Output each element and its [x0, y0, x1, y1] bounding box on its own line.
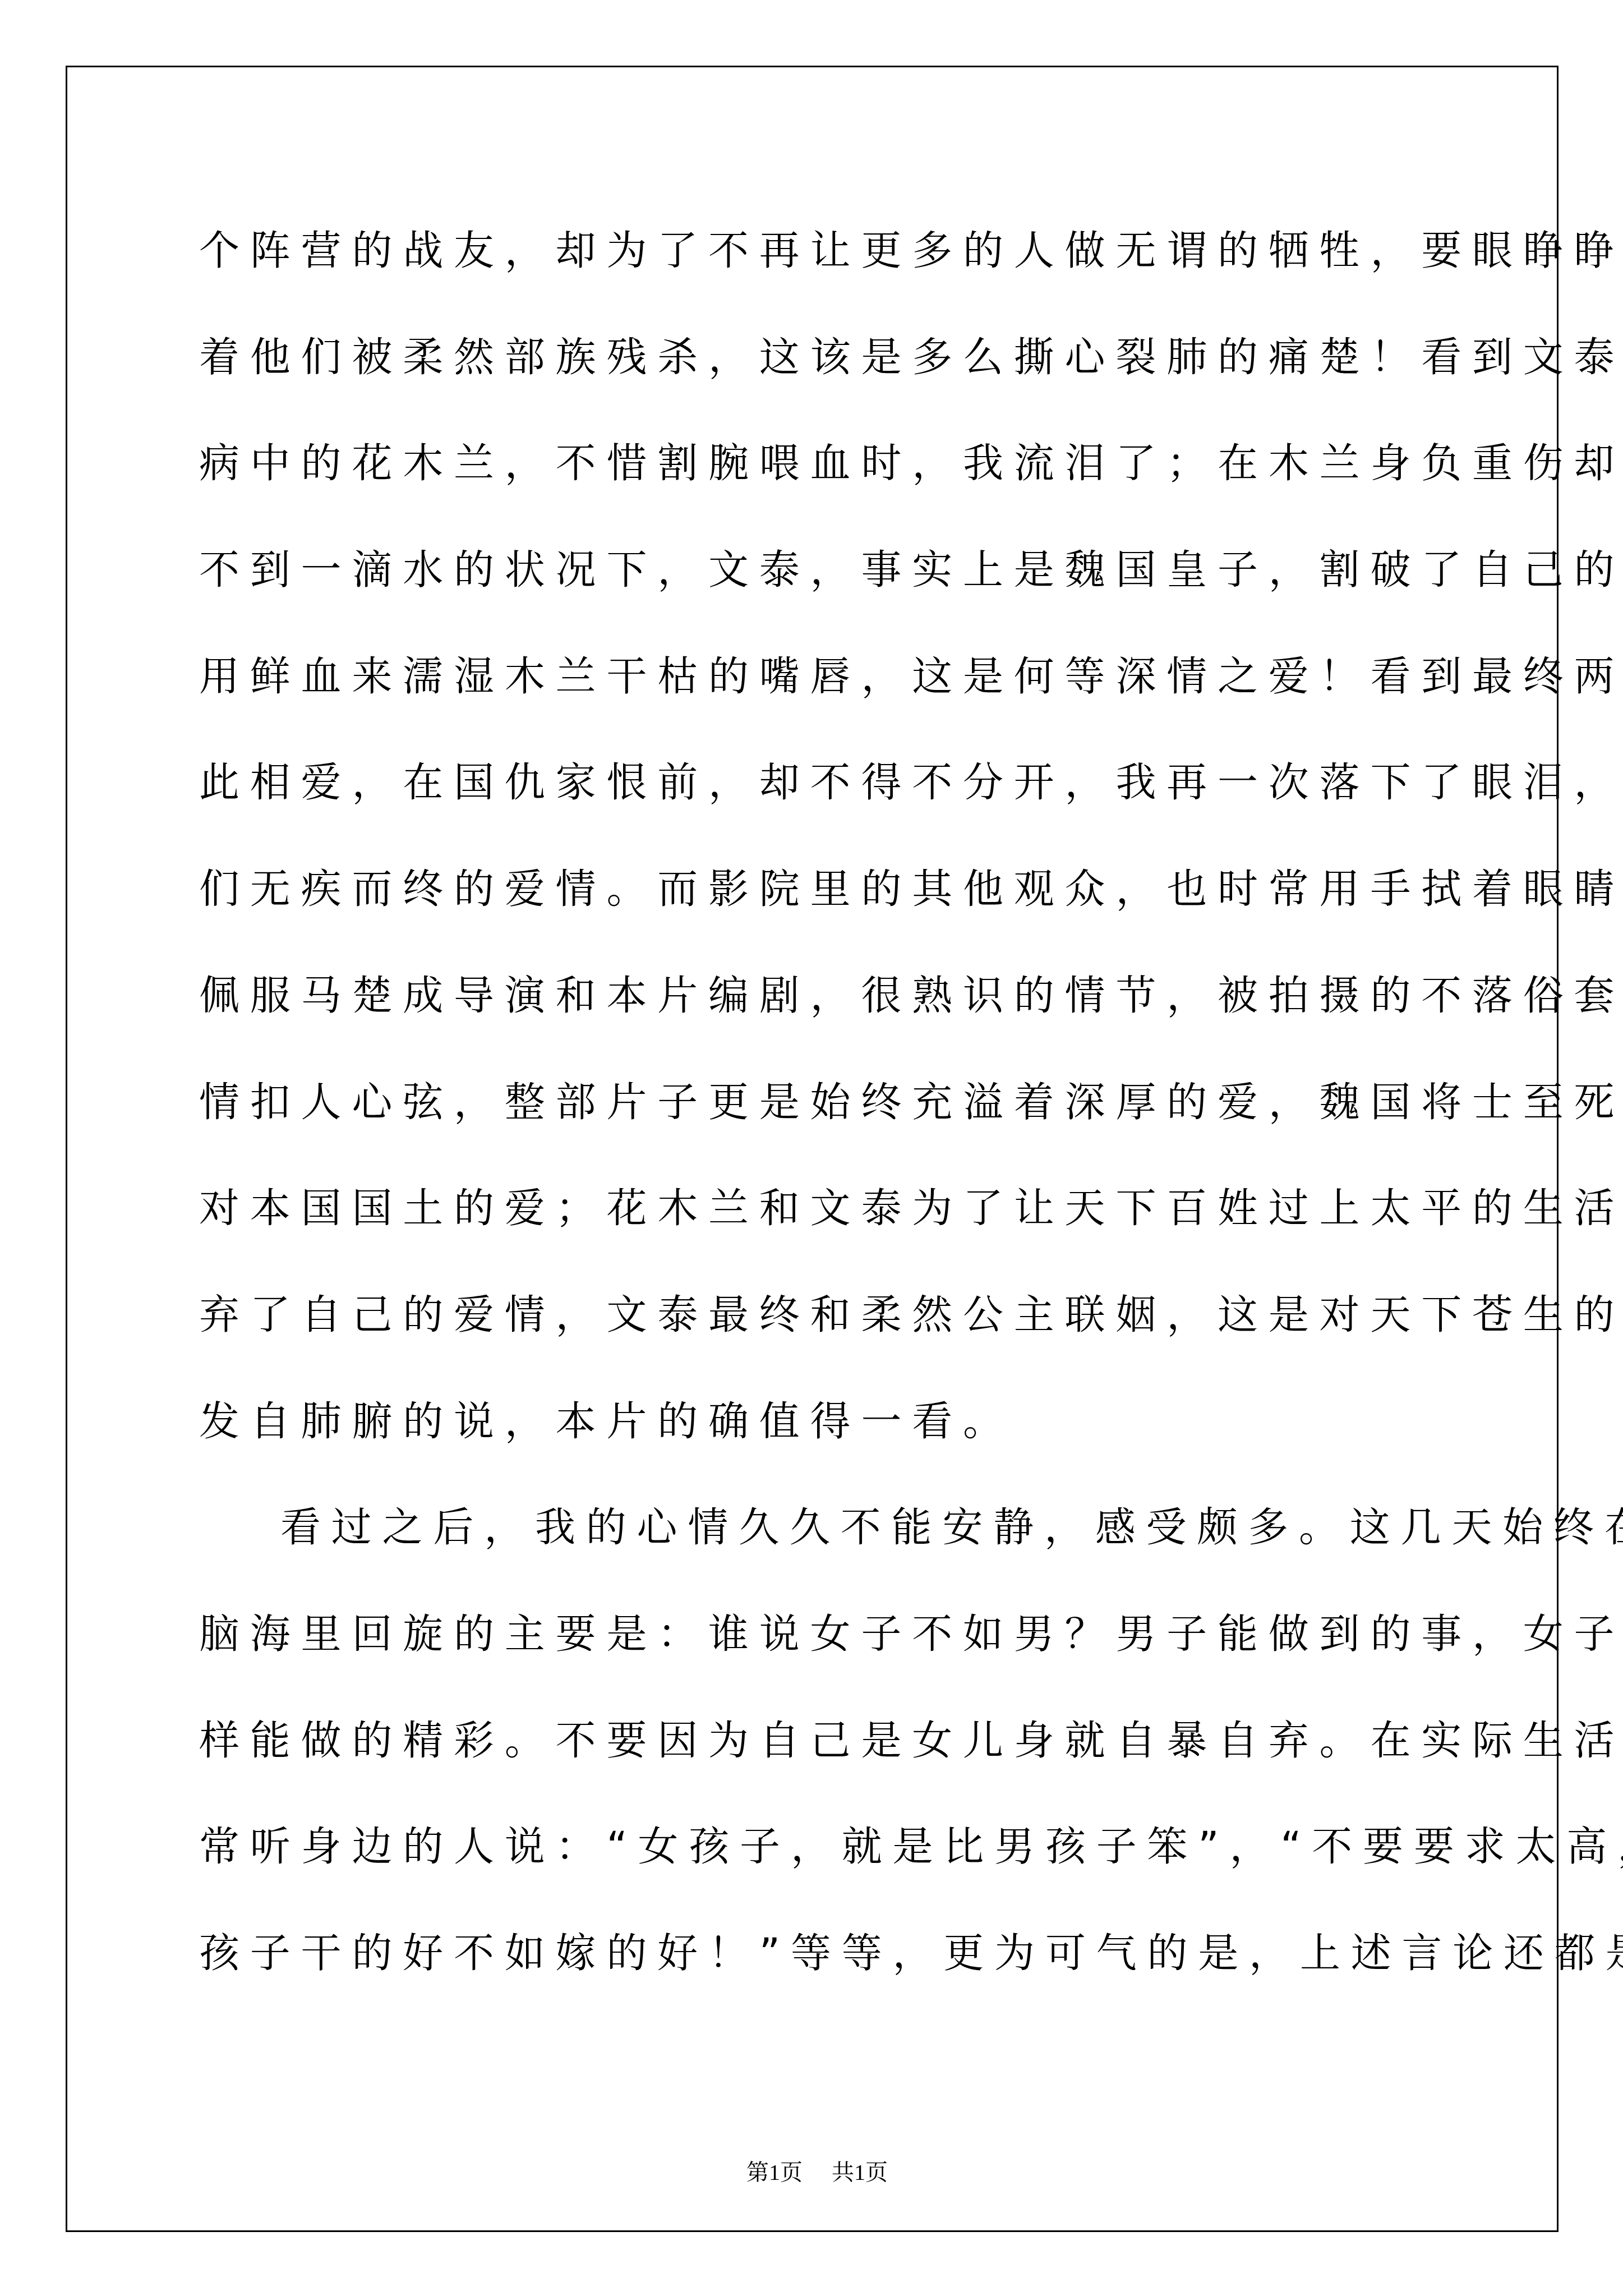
text-line: 们无疾而终的爱情。而影院里的其他观众，也时常用手拭着眼睛。很	[199, 855, 1427, 961]
text-line: 个阵营的战友，却为了不再让更多的人做无谓的牺牲，要眼睁睁的看	[199, 217, 1427, 323]
text-line: 孩子干的好不如嫁的好！”等等，更为可气的是，上述言论还都是出	[199, 1919, 1427, 2026]
paragraph-start-line: 看过之后，我的心情久久不能安静，感受颇多。这几天始终在我	[199, 1493, 1427, 1600]
text-line: 脑海里回旋的主要是：谁说女子不如男？男子能做到的事，女子也同	[199, 1600, 1427, 1706]
text-line: 弃了自己的爱情，文泰最终和柔然公主联姻，这是对天下苍生的大爱。	[199, 1281, 1427, 1387]
text-line: 用鲜血来濡湿木兰干枯的嘴唇，这是何等深情之爱！看到最终两人如	[199, 642, 1427, 749]
text-line: 着他们被柔然部族残杀，这该是多么撕心裂肺的痛楚！看到文泰为救	[199, 323, 1427, 430]
document-body: 个阵营的战友，却为了不再让更多的人做无谓的牺牲，要眼睁睁的看 着他们被柔然部族残…	[199, 217, 1427, 2026]
text-line: 不到一滴水的状况下，文泰，事实上是魏国皇子，割破了自己的手腕，	[199, 536, 1427, 642]
text-line: 此相爱，在国仇家恨前，却不得不分开，我再一次落下了眼泪，为他	[199, 748, 1427, 855]
current-page-label: 第1页	[746, 2158, 803, 2187]
text-line: 病中的花木兰，不惜割腕喂血时，我流泪了；在木兰身负重伤却又找	[199, 429, 1427, 536]
total-pages-label: 共1页	[832, 2158, 888, 2187]
text-line: 常听身边的人说：“女孩子，就是比男孩子笨”，“不要要求太高，女	[199, 1812, 1427, 1919]
text-line: 发自肺腑的说，本片的确值得一看。	[199, 1387, 1427, 1494]
text-line: 对本国国土的爱；花木兰和文泰为了让天下百姓过上太平的生活，放	[199, 1174, 1427, 1281]
text-line: 样能做的精彩。不要因为自己是女儿身就自暴自弃。在实际生活中，	[199, 1706, 1427, 1813]
page-footer: 第1页共1页	[0, 2129, 1623, 2187]
text-line: 佩服马楚成导演和本片编剧，很熟识的情节，被拍摄的不落俗套。剧	[199, 961, 1427, 1068]
text-line: 情扣人心弦，整部片子更是始终充溢着深厚的爱，魏国将士至死不屈	[199, 1068, 1427, 1175]
